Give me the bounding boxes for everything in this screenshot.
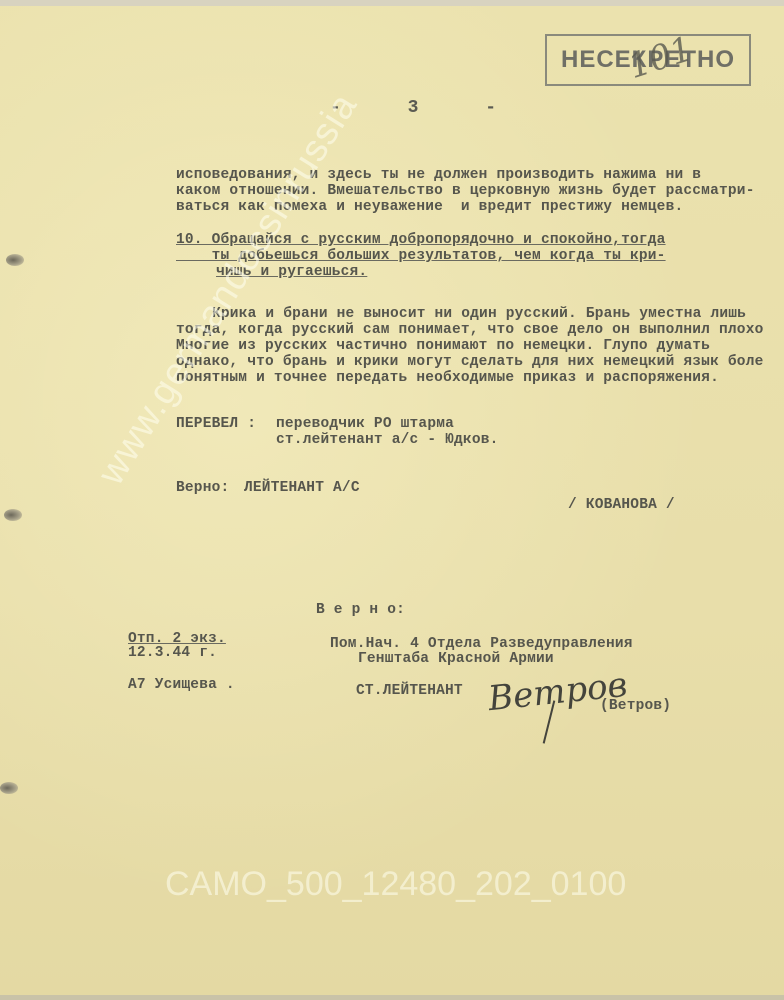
punch-hole (4, 509, 22, 521)
page-bottom-edge (0, 995, 784, 1000)
officer-name: (Ветров) (600, 698, 671, 714)
text-line: однако, что брань и крики могут сделать … (176, 354, 764, 370)
page-top-edge (0, 0, 784, 6)
officer-position-line2: Генштаба Красной Армии (358, 651, 554, 667)
verified-label-2: В е р н о: (316, 602, 405, 618)
archive-code-watermark: CAMO_500_12480_202_0100 (165, 865, 626, 904)
text-line: исповедования, и здесь ты не должен прои… (176, 167, 701, 183)
text-line: тогда, когда русский сам понимает, что с… (176, 322, 764, 338)
document-page: НЕСЕКРЕТНО 101 - 3 - исповедования, и зд… (0, 0, 784, 1000)
text-line: Крика и брани не выносит ни один русский… (212, 306, 746, 322)
punch-hole (0, 782, 18, 794)
verifier-rank: ЛЕЙТЕНАНТ А/С (244, 480, 360, 496)
verified-label: Верно: (176, 480, 229, 496)
translated-by-label: ПЕРЕВЕЛ : (176, 416, 256, 432)
translator-rank-name: ст.лейтенант а/с - Юдков. (276, 432, 499, 448)
dispatch-date: 12.3.44 г. (128, 645, 217, 661)
typist-note: А7 Усищева . (128, 677, 235, 693)
text-line: Многие из русских частично понимают по н… (176, 338, 710, 354)
punch-hole (6, 254, 24, 266)
translator-position: переводчик РО штарма (276, 416, 454, 432)
verifier-name: / КОВАНОВА / (568, 497, 675, 513)
officer-position-line1: Пом.Нач. 4 Отдела Разведуправления (330, 636, 633, 652)
officer-rank: СТ.ЛЕЙТЕНАНТ (356, 683, 463, 699)
text-line: понятным и точнее передать необходимые п… (176, 370, 719, 386)
